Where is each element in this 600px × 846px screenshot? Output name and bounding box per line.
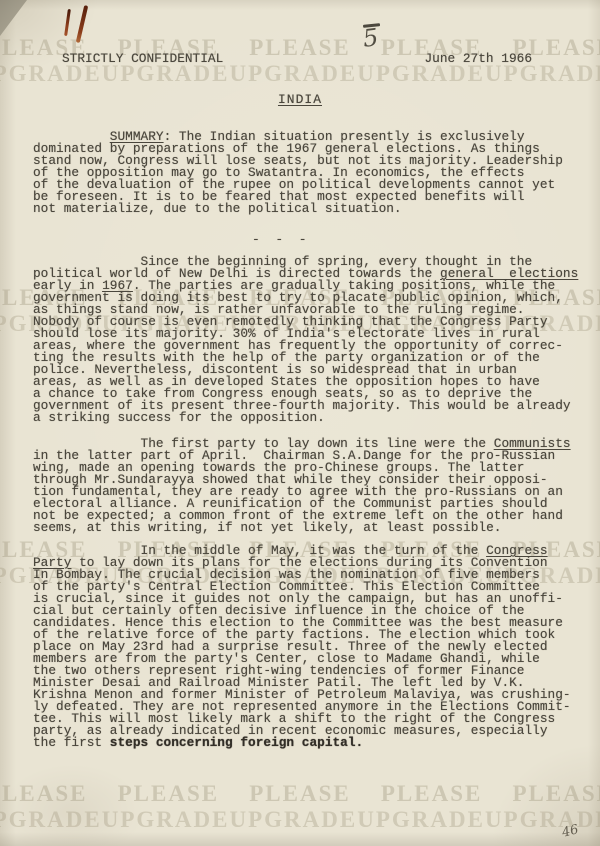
watermark-word: UPGRADE bbox=[357, 808, 485, 831]
page-title: INDIA bbox=[0, 92, 600, 107]
text-line: not materialize, due to the political si… bbox=[33, 203, 563, 215]
watermark-word: UPGRADE bbox=[0, 808, 102, 831]
watermark-word: UPGRADE bbox=[102, 808, 230, 831]
text-line: seems, at this writing, if not yet likel… bbox=[33, 522, 571, 534]
scanned-document-page: PLEASEPLEASEPLEASEPLEASEPLEASEUPGRADEUPG… bbox=[0, 0, 600, 846]
paragraph: SUMMARY: The Indian situation presently … bbox=[33, 131, 563, 215]
text-line: a striking success for the opposition. bbox=[33, 412, 578, 424]
document-date: June 27th 1966 bbox=[424, 51, 532, 66]
watermark-word: UPGRADE bbox=[229, 808, 357, 831]
paragraph: The first party to lay down its line wer… bbox=[33, 438, 571, 534]
watermark-row: PLEASEPLEASEPLEASEPLEASEPLEASE bbox=[0, 782, 600, 805]
classification-label: STRICTLY CONFIDENTIAL bbox=[62, 51, 223, 66]
watermark-word: PLEASE bbox=[249, 782, 350, 805]
watermark-row: UPGRADEUPGRADEUPGRADEUPGRADEUPGRADE bbox=[0, 808, 600, 831]
paragraph: In the middle of May, it was the turn of… bbox=[33, 545, 571, 749]
watermark-word: UPGRADE bbox=[485, 808, 600, 831]
watermark-word: PLEASE bbox=[513, 782, 600, 805]
watermark-word: PLEASE bbox=[381, 782, 482, 805]
watermark-word: PLEASE bbox=[118, 782, 219, 805]
watermark-word: PLEASE bbox=[0, 782, 87, 805]
paragraph: Since the beginning of spring, every tho… bbox=[33, 256, 578, 424]
section-separator: - - - bbox=[252, 232, 307, 247]
text-line: the first steps concerning foreign capit… bbox=[33, 737, 571, 749]
document-header: STRICTLY CONFIDENTIAL June 27th 1966 bbox=[62, 51, 532, 66]
pencil-number-mark: 5 bbox=[362, 25, 380, 51]
